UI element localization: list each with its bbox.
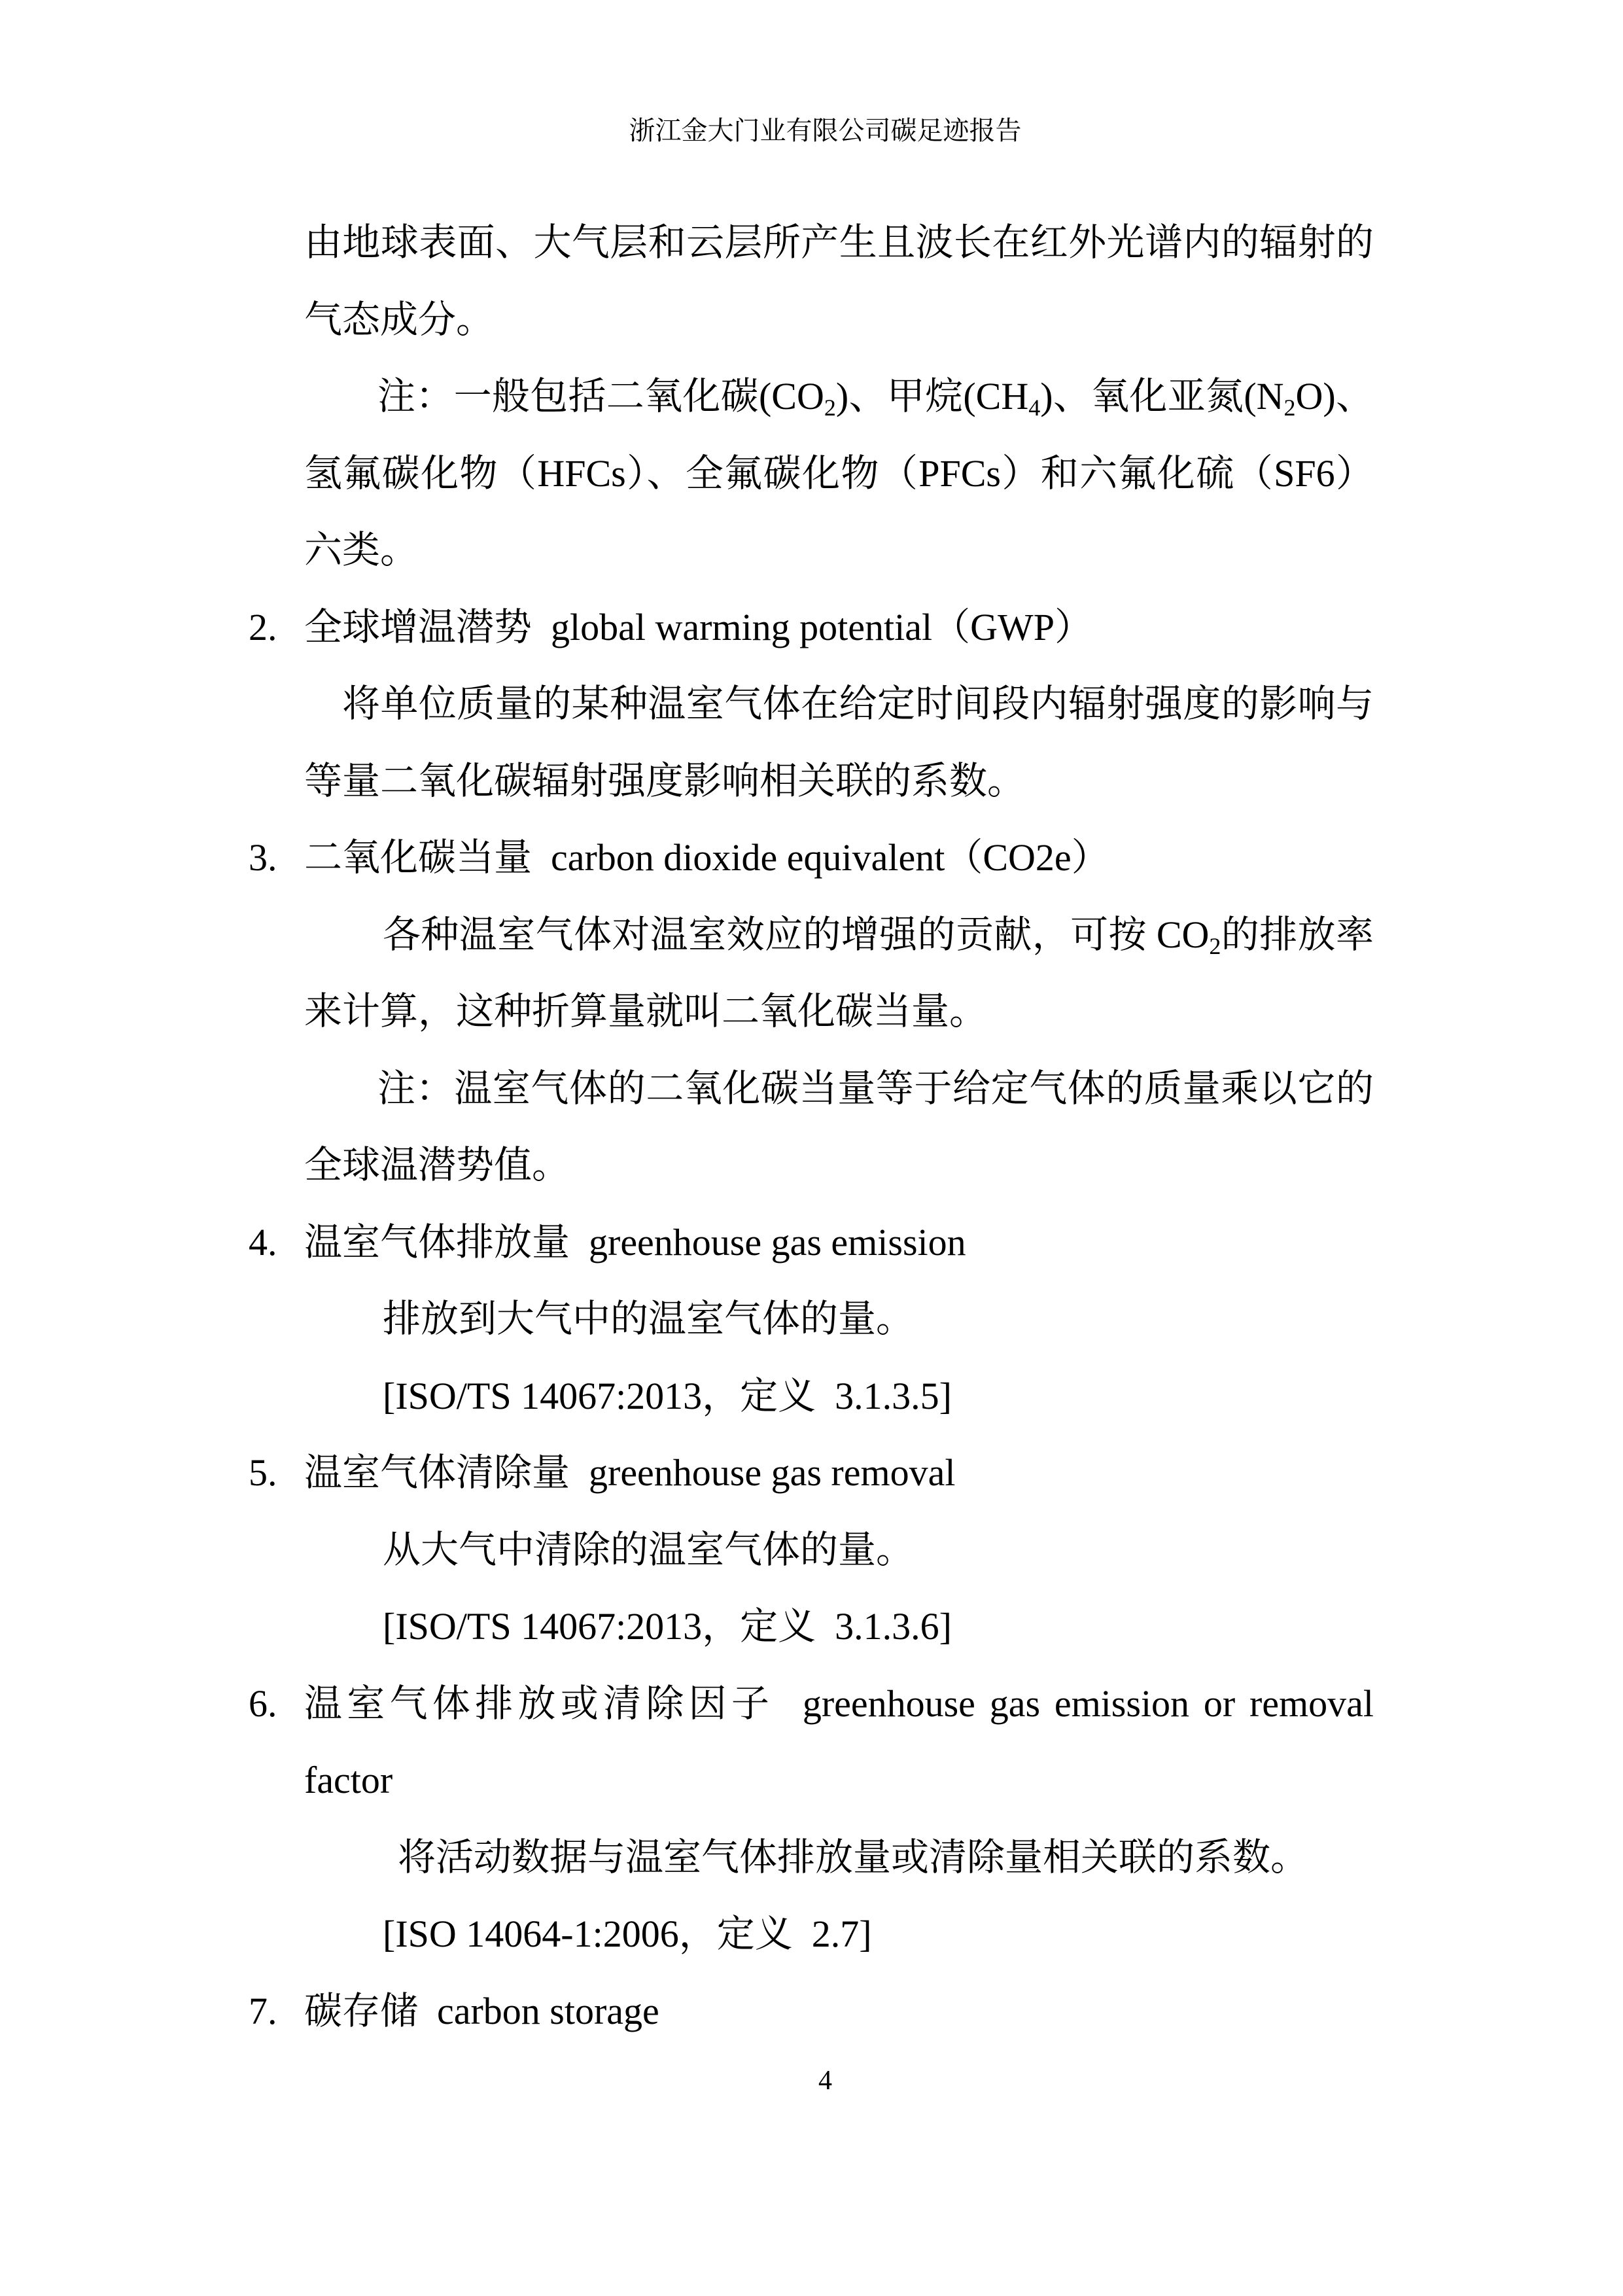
list-item-heading: 碳存储 carbon storage xyxy=(304,1973,659,2050)
text-line: 气态成分。 xyxy=(304,281,494,359)
document-page: 浙江金大门业有限公司碳足迹报告 由地球表面、大气层和云层所产生且波长在红外光谱内… xyxy=(0,0,1623,2296)
list-item-heading: 全球增温潜势 global warming potential（GWP） xyxy=(304,589,1092,666)
text-line: 注：温室气体的二氧化碳当量等于给定气体的质量乘以它的 xyxy=(377,1050,1374,1127)
text-line: 排放到大气中的温室气体的量。 xyxy=(383,1280,914,1358)
text-line: 注：一般包括二氧化碳(CO2)、甲烷(CH4)、氧化亚氮(N2O)、 xyxy=(377,358,1374,435)
text-line: 从大气中清除的温室气体的量。 xyxy=(383,1511,914,1589)
list-item-number: 3. xyxy=(249,819,277,896)
text-line: 各种温室气体对温室效应的增强的贡献，可按 CO2的排放率 xyxy=(383,896,1374,974)
text-line: 氢氟碳化物（HFCs）、全氟碳化物（PFCs）和六氟化硫（SF6） xyxy=(304,435,1374,512)
text-line: 来计算，这种折算量就叫二氧化碳当量。 xyxy=(304,973,987,1050)
page-number: 4 xyxy=(277,2061,1374,2100)
list-item-heading: 温室气体清除量 greenhouse gas removal xyxy=(304,1434,955,1511)
text-line: [ISO/TS 14067:2013，定义 3.1.3.5] xyxy=(383,1358,952,1435)
text-line: 等量二氧化碳辐射强度影响相关联的系数。 xyxy=(304,743,1025,820)
list-item-number: 7. xyxy=(249,1973,277,2050)
text-line: 六类。 xyxy=(304,512,418,589)
list-item-number: 5. xyxy=(249,1434,277,1511)
list-item-number: 4. xyxy=(249,1204,277,1281)
text-line: [ISO/TS 14067:2013，定义 3.1.3.6] xyxy=(383,1588,952,1665)
text-line: 将单位质量的某种温室气体在给定时间段内辐射强度的影响与 xyxy=(342,665,1374,743)
list-item-number: 2. xyxy=(249,589,277,666)
list-item-heading: 温室气体排放或清除因子 greenhouse gas emission or r… xyxy=(304,1665,1374,1742)
list-item-heading: 二氧化碳当量 carbon dioxide equivalent（CO2e） xyxy=(304,819,1109,896)
text-line: [ISO 14064-1:2006，定义 2.7] xyxy=(383,1896,872,1973)
text-line: 将活动数据与温室气体排放量或清除量相关联的系数。 xyxy=(398,1819,1308,1896)
text-line: 由地球表面、大气层和云层所产生且波长在红外光谱内的辐射的 xyxy=(304,204,1374,281)
text-line: factor xyxy=(304,1742,393,1819)
text-line: 全球温潜势值。 xyxy=(304,1127,570,1204)
list-item-heading: 温室气体排放量 greenhouse gas emission xyxy=(304,1204,966,1281)
page-header-title: 浙江金大门业有限公司碳足迹报告 xyxy=(277,111,1374,150)
list-item-number: 6. xyxy=(249,1665,277,1742)
